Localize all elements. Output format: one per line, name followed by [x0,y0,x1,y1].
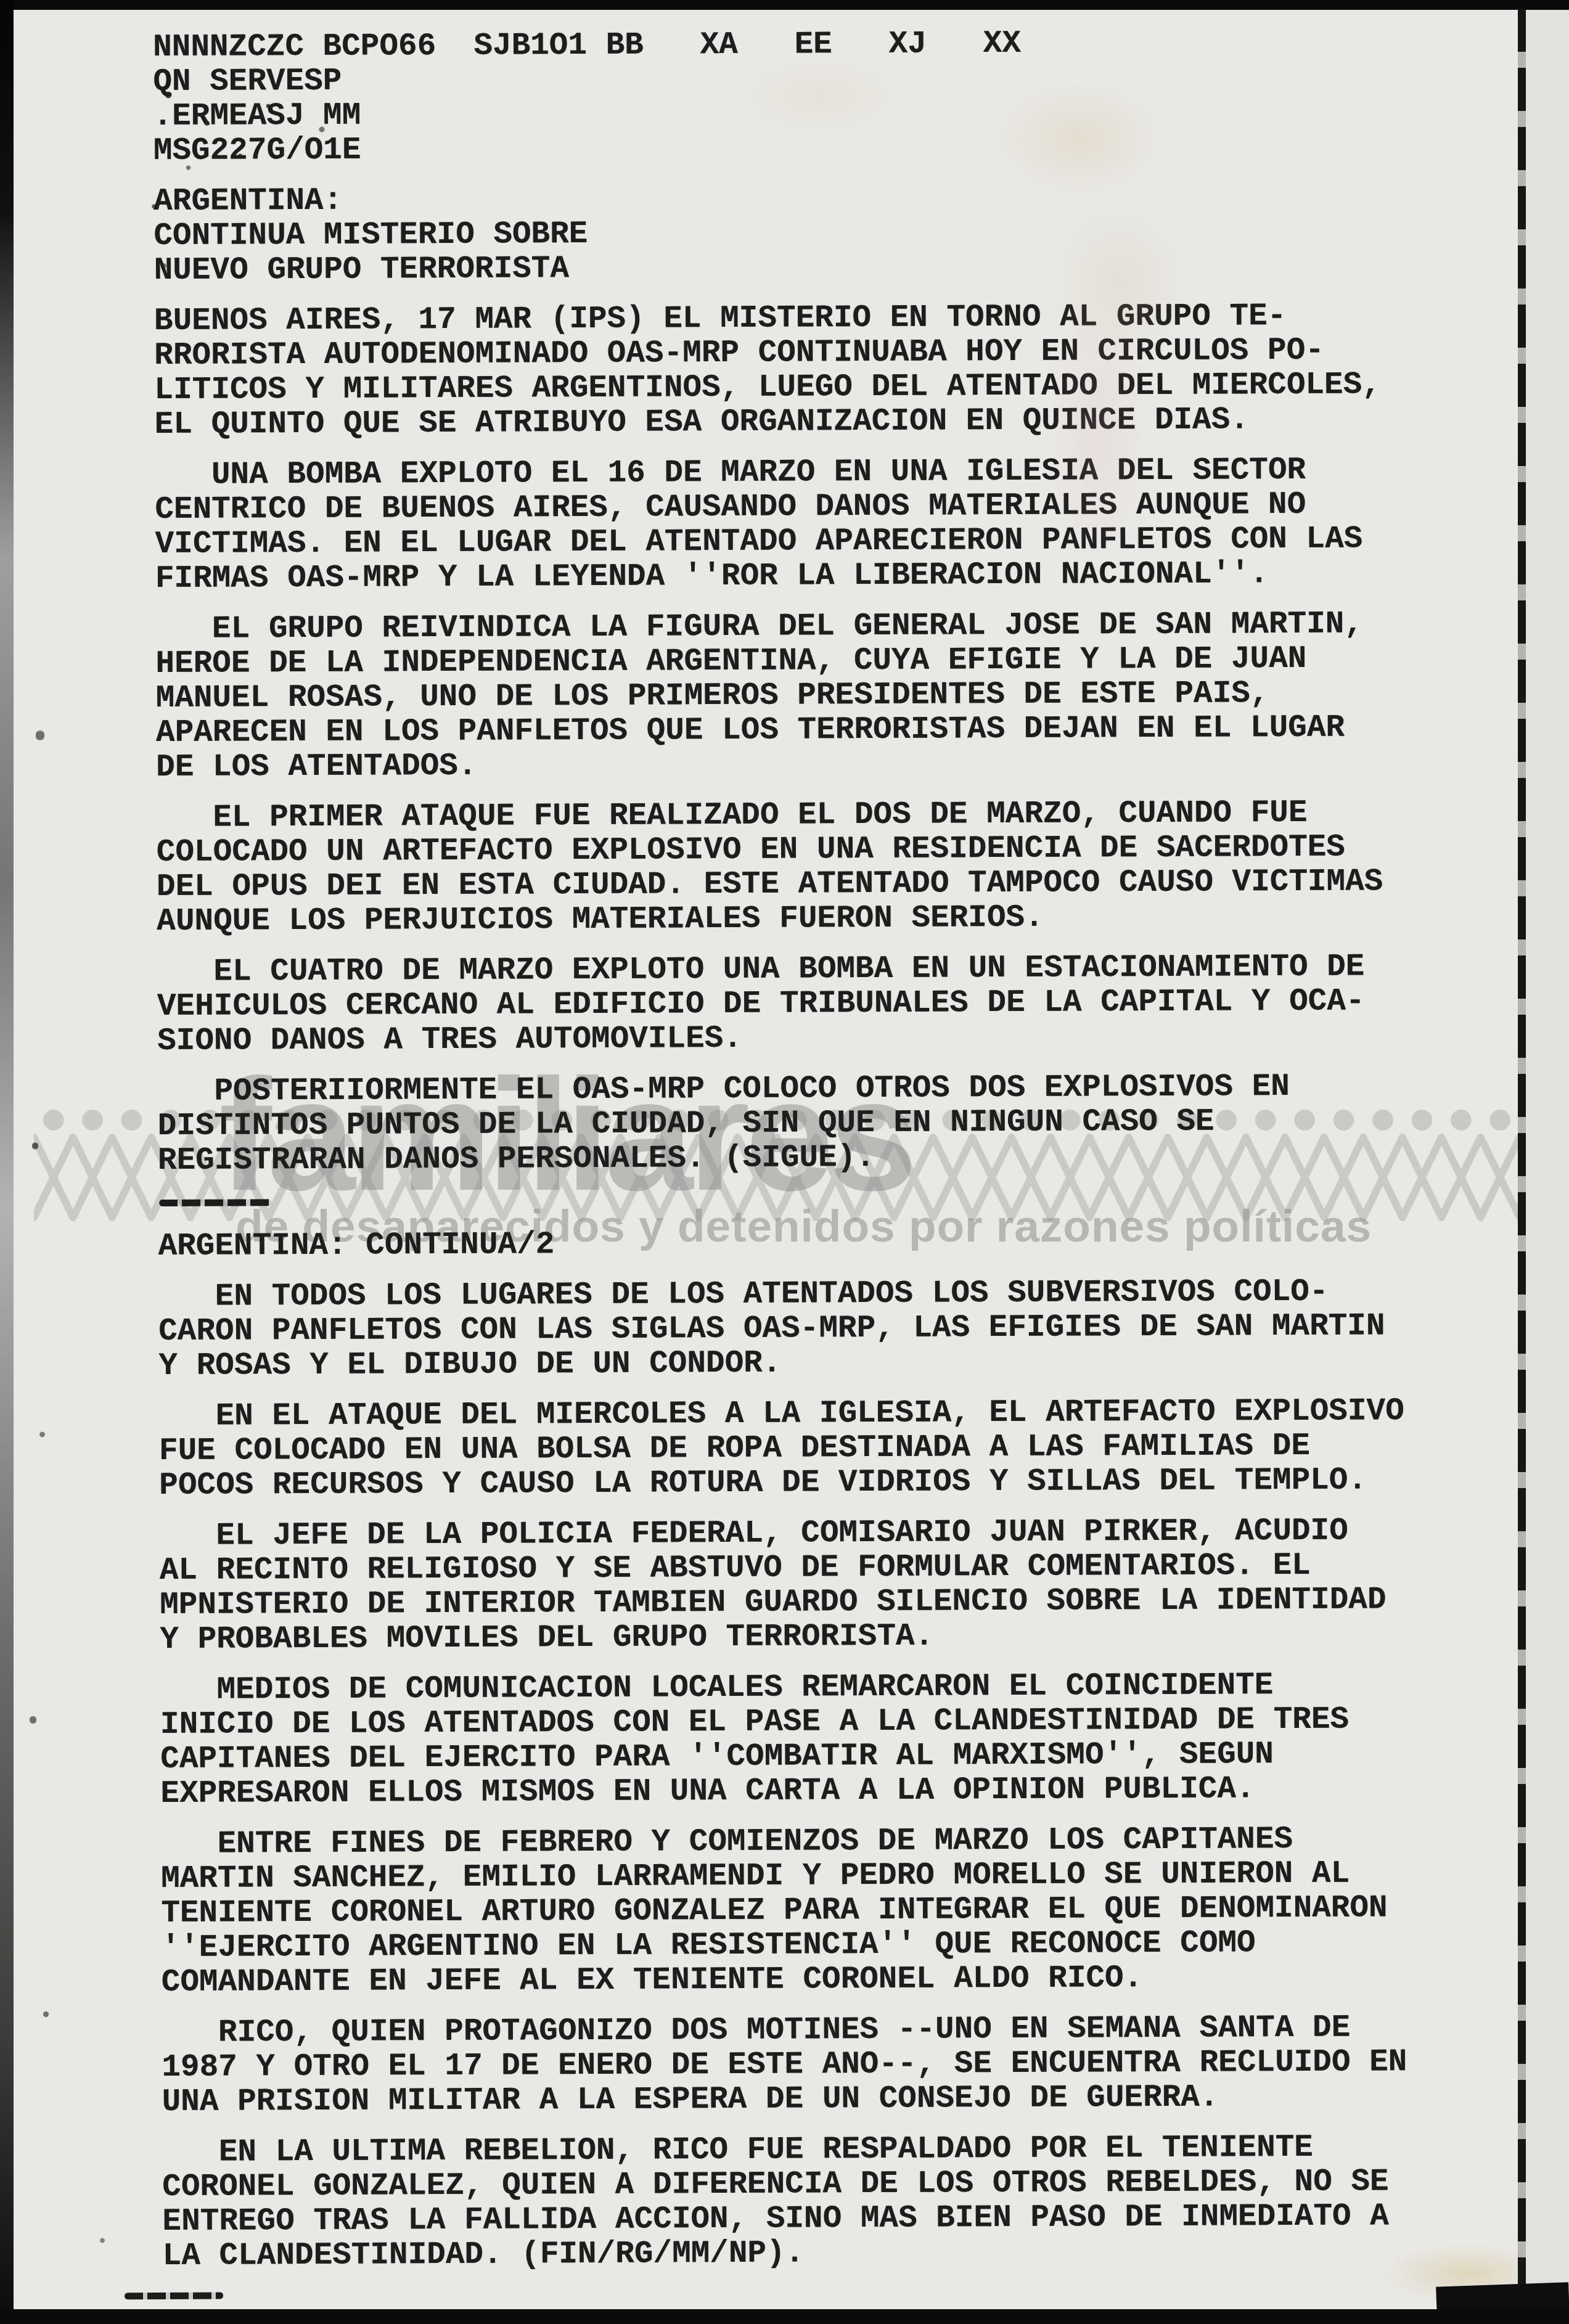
document-line: 1987 Y OTRO EL 17 DE ENERO DE ESTE ANO--… [162,2045,1512,2085]
document-line: NNNNZCZC BCPO66 SJB1O1 BB XA EE XJ XX [153,25,1503,65]
document-line: MPNISTERIO DE INTERIOR TAMBIEN GUARDO SI… [160,1582,1510,1623]
document-line: FIRMAS OAS-MRP Y LA LEYENDA ''ROR LA LIB… [155,556,1506,597]
document-line: Y PROBABLES MOVILES DEL GRUPO TERRORISTA… [160,1617,1510,1658]
scan-edge-right [1518,9,1526,2324]
headline: ARGENTINA:CONTINUA MISTERIO SOBRENUEVO G… [154,179,1504,288]
document-line: AUNQUE LOS PERJUICIOS MATERIALES FUERON … [157,899,1507,939]
document-line: VICTIMAS. EN EL LUGAR DEL ATENTADO APARE… [155,522,1506,562]
typed-dash-divider [159,1199,271,1206]
document-line: DEL OPUS DEI EN ESTA CIUDAD. ESTE ATENTA… [157,864,1507,905]
scanned-document-page: familiares de desaparecidos y detenidos … [0,0,1569,2324]
paragraph-dateline: BUENOS AIRES, 17 MAR (IPS) EL MISTERIO E… [154,298,1505,443]
paragraph: EL GRUPO REIVINDICA LA FIGURA DEL GENERA… [155,607,1506,785]
page2-slug: ARGENTINA: CONTINUA/2 [158,1224,1508,1264]
paragraph: EL PRIMER ATAQUE FUE REALIZADO EL DOS DE… [156,795,1507,939]
document-line: NUEVO GRUPO TERRORISTA [154,248,1504,288]
document-line: EXPRESARON ELLOS MISMOS EN UNA CARTA A L… [160,1771,1510,1812]
scan-edge-bottom [0,2309,1569,2324]
document-line: CARON PANFLETOS CON LAS SIGLAS OAS-MRP, … [158,1309,1509,1349]
document-line: POSTERIIORMENTE EL OAS-MRP COLOCO OTROS … [157,1069,1507,1110]
document-line: APARECEN EN LOS PANFLETOS QUE LOS TERROR… [156,710,1506,751]
document-line: TENIENTE CORONEL ARTURO GONZALEZ PARA IN… [161,1891,1511,1931]
paragraph: MEDIOS DE COMUNICACION LOCALES REMARCARO… [160,1667,1511,1812]
document-line: POCOS RECURSOS Y CAUSO LA ROTURA DE VIDR… [159,1463,1509,1504]
paragraph: EN EL ATAQUE DEL MIERCOLES A LA IGLESIA,… [159,1394,1510,1504]
document-line: UNA PRISION MILITAR A LA ESPERA DE UN CO… [162,2079,1512,2120]
document-line: Y ROSAS Y EL DIBUJO DE UN CONDOR. [158,1343,1509,1384]
document-line: EL QUINTO QUE SE ATRIBUYO ESA ORGANIZACI… [155,402,1505,443]
paragraph: EN TODOS LOS LUGARES DE LOS ATENTADOS LO… [158,1274,1509,1384]
document-line: ARGENTINA: [154,179,1504,219]
telex-header: NNNNZCZC BCPO66 SJB1O1 BB XA EE XJ XXQN … [153,25,1504,169]
typewritten-text: NNNNZCZC BCPO66 SJB1O1 BB XA EE XJ XXQN … [153,25,1513,2299]
paragraph: RICO, QUIEN PROTAGONIZO DOS MOTINES --UN… [162,2010,1512,2120]
document-line: REGISTRARAN DANOS PERSONALES. (SIGUE). [158,1138,1508,1179]
paragraph: EN LA ULTIMA REBELION, RICO FUE RESPALDA… [162,2130,1513,2274]
document-line: VEHICULOS CERCANO AL EDIFICIO DE TRIBUNA… [157,984,1507,1025]
paragraph: ENTRE FINES DE FEBRERO Y COMIENZOS DE MA… [161,1822,1512,2000]
scan-edge-left [0,0,14,2324]
document-line: INICIO DE LOS ATENTADOS CON EL PASE A LA… [160,1702,1510,1743]
document-line: HEROE DE LA INDEPENDENCIA ARGENTINA, CUY… [155,641,1506,682]
document-line: CAPITANES DEL EJERCITO PARA ''COMBATIR A… [160,1737,1510,1777]
scan-margin-right [1526,10,1569,2309]
document-line: LITICOS Y MILITARES ARGENTINOS, LUEGO DE… [154,367,1504,408]
document-line: DE LOS ATENTADOS. [156,745,1506,785]
document-line: COMANDANTE EN JEFE AL EX TENIENTE CORONE… [162,1960,1512,2000]
paragraph: EL CUATRO DE MARZO EXPLOTO UNA BOMBA EN … [157,949,1508,1059]
paragraph: EL JEFE DE LA POLICIA FEDERAL, COMISARIO… [160,1513,1510,1658]
document-line: MSG227G/O1E [154,128,1504,169]
typed-dash-divider [125,2293,223,2300]
document-line: DISTINTOS PUNTOS DE LA CIUDAD, SIN QUE E… [158,1103,1508,1144]
document-line: CONTINUA MISTERIO SOBRE [154,213,1504,254]
scan-edge-top [0,0,1569,10]
document-line: LA CLANDESTINIDAD. (FIN/RG/MM/NP). [163,2233,1513,2274]
document-line: .ERMEASJ MM [153,94,1503,134]
document-line: ''EJERCITO ARGENTINO EN LA RESISTENCIA''… [161,1925,1511,1966]
document-line: SIONO DANOS A TRES AUTOMOVILES. [157,1018,1507,1059]
document-line: QN SERVESP [153,59,1503,100]
document-line: ARGENTINA: CONTINUA/2 [158,1224,1508,1264]
paragraph: POSTERIIORMENTE EL OAS-MRP COLOCO OTROS … [157,1069,1508,1179]
document-line: ENTREGO TRAS LA FALLIDA ACCION, SINO MAS… [162,2199,1512,2240]
paragraph: UNA BOMBA EXPLOTO EL 16 DE MARZO EN UNA … [155,452,1506,597]
